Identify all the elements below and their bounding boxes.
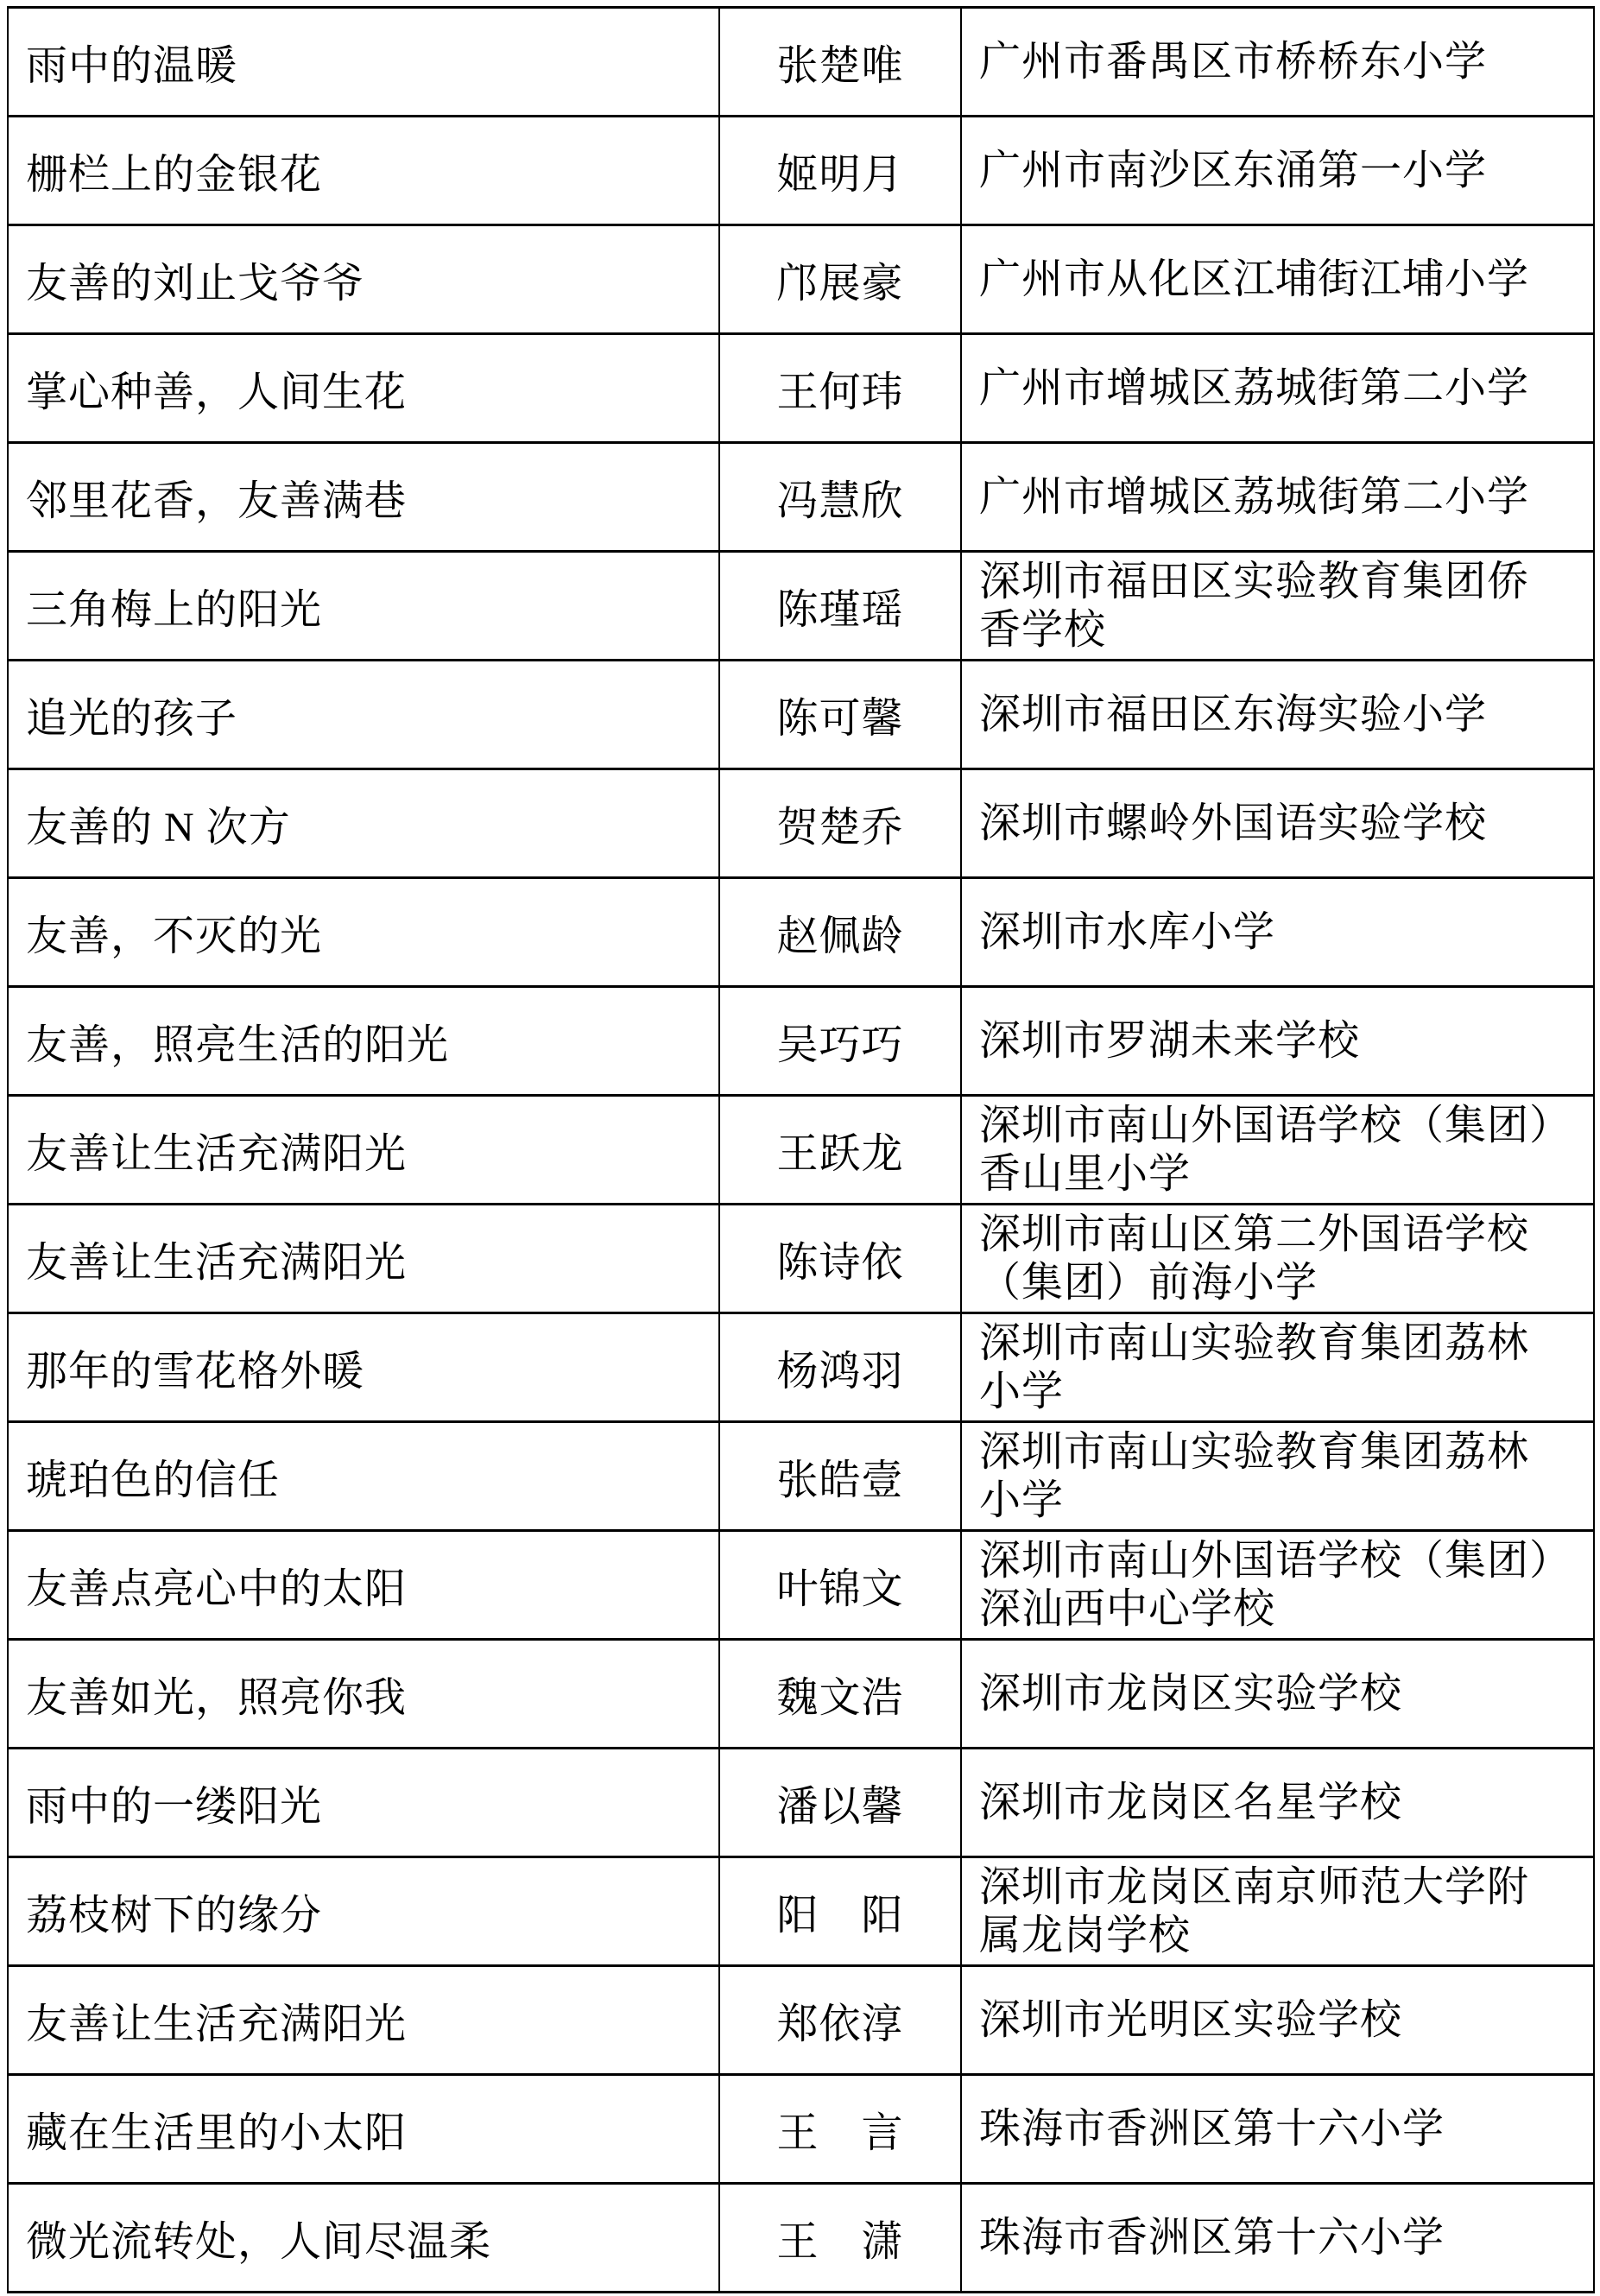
table-row: 友善让生活充满阳光陈诗依深圳市南山区第二外国语学校 （集团）前海小学 xyxy=(8,1205,1594,1313)
title-cell: 三角梅上的阳光 xyxy=(8,552,719,661)
school-cell: 深圳市南山外国语学校（集团） 深汕西中心学校 xyxy=(961,1531,1594,1640)
author-cell: 杨鸿羽 xyxy=(719,1313,961,1422)
author-cell: 赵佩龄 xyxy=(719,878,961,987)
table-row: 友善点亮心中的太阳叶锦文深圳市南山外国语学校（集团） 深汕西中心学校 xyxy=(8,1531,1594,1640)
title-cell: 藏在生活里的小太阳 xyxy=(8,2075,719,2184)
title-cell: 那年的雪花格外暖 xyxy=(8,1313,719,1422)
author-cell: 王何玮 xyxy=(719,334,961,443)
school-cell: 广州市南沙区东涌第一小学 xyxy=(961,117,1594,225)
table-row: 邻里花香，友善满巷冯慧欣广州市增城区荔城街第二小学 xyxy=(8,443,1594,552)
title-cell: 友善如光，照亮你我 xyxy=(8,1640,719,1749)
author-cell: 贺楚乔 xyxy=(719,769,961,878)
table-row: 琥珀色的信任张皓壹深圳市南山实验教育集团荔林 小学 xyxy=(8,1422,1594,1531)
school-cell: 深圳市南山实验教育集团荔林 小学 xyxy=(961,1422,1594,1531)
title-cell: 邻里花香，友善满巷 xyxy=(8,443,719,552)
school-cell: 广州市从化区江埔街江埔小学 xyxy=(961,225,1594,334)
school-cell: 深圳市南山实验教育集团荔林 小学 xyxy=(961,1313,1594,1422)
title-cell: 友善让生活充满阳光 xyxy=(8,1096,719,1205)
author-cell: 王 潇 xyxy=(719,2184,961,2293)
author-cell: 郑依淳 xyxy=(719,1966,961,2075)
title-cell: 雨中的温暖 xyxy=(8,8,719,117)
title-cell: 琥珀色的信任 xyxy=(8,1422,719,1531)
author-cell: 阳 阳 xyxy=(719,1857,961,1966)
school-cell: 广州市增城区荔城街第二小学 xyxy=(961,334,1594,443)
author-cell: 陈诗依 xyxy=(719,1205,961,1313)
school-cell: 深圳市福田区实验教育集团侨 香学校 xyxy=(961,552,1594,661)
author-cell: 潘以馨 xyxy=(719,1749,961,1857)
school-cell: 珠海市香洲区第十六小学 xyxy=(961,2184,1594,2293)
table-row: 栅栏上的金银花姬明月广州市南沙区东涌第一小学 xyxy=(8,117,1594,225)
table-row: 藏在生活里的小太阳王 言珠海市香洲区第十六小学 xyxy=(8,2075,1594,2184)
author-cell: 叶锦文 xyxy=(719,1531,961,1640)
title-cell: 追光的孩子 xyxy=(8,661,719,769)
title-cell: 友善点亮心中的太阳 xyxy=(8,1531,719,1640)
author-cell: 陈瑾瑶 xyxy=(719,552,961,661)
author-cell: 陈可馨 xyxy=(719,661,961,769)
author-cell: 张楚唯 xyxy=(719,8,961,117)
author-cell: 冯慧欣 xyxy=(719,443,961,552)
title-cell: 友善，照亮生活的阳光 xyxy=(8,987,719,1096)
school-cell: 深圳市龙岗区名星学校 xyxy=(961,1749,1594,1857)
title-cell: 掌心种善，人间生花 xyxy=(8,334,719,443)
table-row: 友善的 N 次方贺楚乔深圳市螺岭外国语实验学校 xyxy=(8,769,1594,878)
table-row: 追光的孩子陈可馨深圳市福田区东海实验小学 xyxy=(8,661,1594,769)
school-cell: 深圳市光明区实验学校 xyxy=(961,1966,1594,2075)
title-cell: 友善，不灭的光 xyxy=(8,878,719,987)
table-row: 友善让生活充满阳光王跃龙深圳市南山外国语学校（集团） 香山里小学 xyxy=(8,1096,1594,1205)
title-cell: 友善让生活充满阳光 xyxy=(8,1966,719,2075)
school-cell: 深圳市福田区东海实验小学 xyxy=(961,661,1594,769)
title-cell: 栅栏上的金银花 xyxy=(8,117,719,225)
author-cell: 姬明月 xyxy=(719,117,961,225)
table-row: 友善，不灭的光赵佩龄深圳市水库小学 xyxy=(8,878,1594,987)
title-cell: 友善让生活充满阳光 xyxy=(8,1205,719,1313)
title-cell: 荔枝树下的缘分 xyxy=(8,1857,719,1966)
author-cell: 吴巧巧 xyxy=(719,987,961,1096)
school-cell: 深圳市龙岗区南京师范大学附 属龙岗学校 xyxy=(961,1857,1594,1966)
table-row: 雨中的一缕阳光潘以馨深圳市龙岗区名星学校 xyxy=(8,1749,1594,1857)
table-row: 友善的刘止戈爷爷邝展豪广州市从化区江埔街江埔小学 xyxy=(8,225,1594,334)
table-row: 雨中的温暖张楚唯广州市番禺区市桥桥东小学 xyxy=(8,8,1594,117)
table-row: 掌心种善，人间生花王何玮广州市增城区荔城街第二小学 xyxy=(8,334,1594,443)
title-cell: 友善的刘止戈爷爷 xyxy=(8,225,719,334)
title-cell: 雨中的一缕阳光 xyxy=(8,1749,719,1857)
table-row: 微光流转处，人间尽温柔王 潇珠海市香洲区第十六小学 xyxy=(8,2184,1594,2293)
title-cell: 微光流转处，人间尽温柔 xyxy=(8,2184,719,2293)
table-row: 那年的雪花格外暖杨鸿羽深圳市南山实验教育集团荔林 小学 xyxy=(8,1313,1594,1422)
author-cell: 张皓壹 xyxy=(719,1422,961,1531)
table-row: 荔枝树下的缘分阳 阳深圳市龙岗区南京师范大学附 属龙岗学校 xyxy=(8,1857,1594,1966)
author-cell: 魏文浩 xyxy=(719,1640,961,1749)
table-row: 友善如光，照亮你我魏文浩深圳市龙岗区实验学校 xyxy=(8,1640,1594,1749)
author-cell: 王跃龙 xyxy=(719,1096,961,1205)
school-cell: 广州市番禺区市桥桥东小学 xyxy=(961,8,1594,117)
school-cell: 深圳市水库小学 xyxy=(961,878,1594,987)
author-cell: 邝展豪 xyxy=(719,225,961,334)
author-cell: 王 言 xyxy=(719,2075,961,2184)
school-cell: 珠海市香洲区第十六小学 xyxy=(961,2075,1594,2184)
school-cell: 深圳市龙岗区实验学校 xyxy=(961,1640,1594,1749)
table-row: 友善让生活充满阳光郑依淳深圳市光明区实验学校 xyxy=(8,1966,1594,2075)
table-row: 三角梅上的阳光陈瑾瑶深圳市福田区实验教育集团侨 香学校 xyxy=(8,552,1594,661)
school-cell: 深圳市南山区第二外国语学校 （集团）前海小学 xyxy=(961,1205,1594,1313)
school-cell: 广州市增城区荔城街第二小学 xyxy=(961,443,1594,552)
school-cell: 深圳市螺岭外国语实验学校 xyxy=(961,769,1594,878)
school-cell: 深圳市南山外国语学校（集团） 香山里小学 xyxy=(961,1096,1594,1205)
award-list-table: 雨中的温暖张楚唯广州市番禺区市桥桥东小学栅栏上的金银花姬明月广州市南沙区东涌第一… xyxy=(7,6,1595,2293)
table-row: 友善，照亮生活的阳光吴巧巧深圳市罗湖未来学校 xyxy=(8,987,1594,1096)
title-cell: 友善的 N 次方 xyxy=(8,769,719,878)
award-list-table-body: 雨中的温暖张楚唯广州市番禺区市桥桥东小学栅栏上的金银花姬明月广州市南沙区东涌第一… xyxy=(8,8,1594,2293)
school-cell: 深圳市罗湖未来学校 xyxy=(961,987,1594,1096)
